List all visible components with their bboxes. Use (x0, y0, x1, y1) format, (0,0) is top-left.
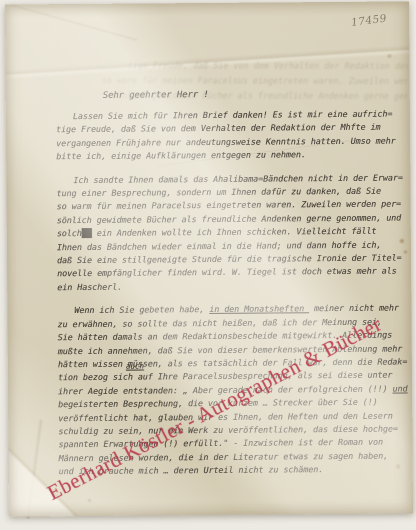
line-segment: ihrer Aegide entstanden: „ Aber gerade n… (58, 383, 393, 396)
typed-line: novelle empfänglicher finden wird. W. Ti… (57, 265, 409, 281)
typed-line: ein Hascherl. (57, 278, 409, 294)
paragraph-3: Wenn ich Sie gebeten habe, in den Monats… (57, 302, 410, 479)
stain-spot (385, 54, 393, 59)
bleed-through-line: tige Freude, daß Sie von dem Verhalten d… (102, 58, 408, 74)
typed-line: bitte ich, einige Aufklärungen entgegen … (56, 148, 408, 164)
letter-body: Sehr geehrter Herr ! Lassen Sie mich für… (56, 86, 411, 488)
line-segment: tion bezog sich auf Ihre Paracelsusbespr… (58, 370, 393, 383)
typed-line: auchtion bezog sich auf Ihre Paracelsusb… (58, 369, 410, 385)
underlined-phrase: in den Monatsheften (209, 303, 309, 314)
paragraph-2: Ich sandte Ihnen damals das Ahalibama=Bä… (56, 171, 409, 294)
paragraph-1: Lassen Sie mich für Ihren Brief danken! … (56, 107, 408, 163)
vertical-crease (26, 419, 44, 519)
salutation: Sehr geehrter Herr ! (56, 86, 408, 103)
underlined-word: und (392, 383, 407, 393)
inserted-word: auch (126, 363, 144, 371)
line-segment: Wenn ich Sie gebeten habe, (74, 304, 209, 315)
stain-spot (87, 498, 92, 503)
typed-line: und ich brauche mich … deren Urteil nich… (59, 463, 411, 479)
line-segment: meiner nicht mehr (309, 303, 399, 314)
letter-paper: tige Freude, daß Sie von dem Verhalten d… (5, 1, 413, 516)
catalog-number: 17459 (351, 12, 388, 29)
scan-background: tige Freude, daß Sie von dem Verhalten d… (0, 0, 416, 530)
top-left-crease (11, 5, 137, 41)
